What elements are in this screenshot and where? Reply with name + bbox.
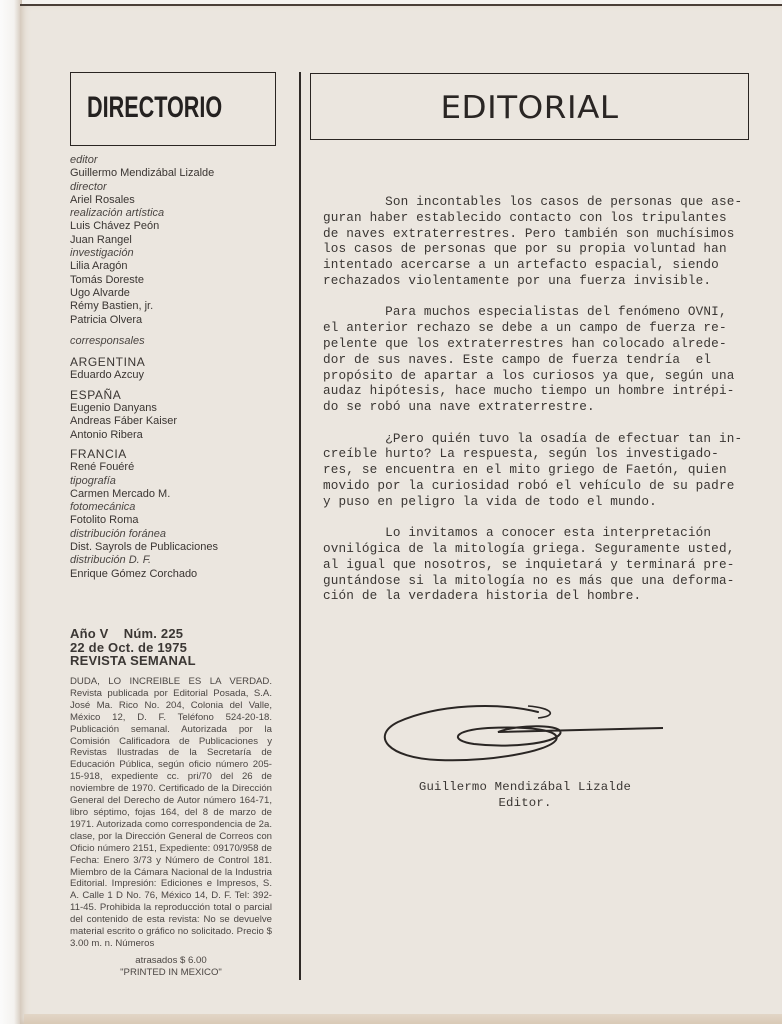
signer-name: Guillermo Mendizábal Lizalde: [360, 780, 690, 796]
role-label: fotomecánica: [70, 501, 280, 514]
editorial-body: Son incontables los casos de personas qu…: [323, 194, 743, 620]
staff-section: fotomecánica Fotolito Roma: [70, 501, 280, 528]
person-name: Carmen Mercado M.: [70, 488, 280, 501]
person-name: Andreas Fáber Kaiser: [70, 415, 280, 428]
legal-notice: DUDA, LO INCREIBLE ES LA VERDAD. Revista…: [70, 676, 272, 950]
editorial-paragraph: Para muchos especialistas del fenómeno O…: [323, 304, 743, 415]
page-bottom-edge: [24, 1014, 782, 1024]
back-issues-price: atrasados $ 6.00: [70, 955, 272, 967]
editorial-paragraph: Lo invitamos a conocer esta interpretaci…: [323, 525, 743, 604]
country-label: ESPAÑA: [70, 389, 280, 402]
person-name: Ariel Rosales: [70, 194, 280, 207]
role-label: distribución D. F.: [70, 554, 280, 567]
signer-title: Editor.: [360, 796, 690, 812]
staff-section: investigación Lilia Aragón Tomás Doreste…: [70, 247, 280, 327]
person-name: Eugenio Danyans: [70, 402, 280, 415]
editorial-paragraph: Son incontables los casos de personas qu…: [323, 194, 743, 289]
directory-header-box: DIRECTORIO: [70, 72, 276, 146]
editorial-title: EDITORIAL: [300, 90, 759, 126]
directory-title: DIRECTORIO: [87, 91, 222, 125]
person-name: Patricia Olvera: [70, 314, 280, 327]
editorial-paragraph: ¿Pero quién tuvo la osadía de efectuar t…: [323, 431, 743, 510]
person-name: René Fouéré: [70, 461, 280, 474]
role-label: tipografía: [70, 475, 280, 488]
person-name: Lilia Aragón: [70, 260, 280, 273]
person-name: Juan Rangel: [70, 234, 280, 247]
role-label: corresponsales: [70, 335, 280, 348]
scan-background: [0, 0, 22, 1024]
editorial-header-box: EDITORIAL: [310, 73, 749, 140]
issue-info: Año V Núm. 225 22 de Oct. de 1975 REVIST…: [70, 627, 280, 668]
role-label: investigación: [70, 247, 280, 260]
person-name: Ugo Alvarde: [70, 287, 280, 300]
signer-block: Guillermo Mendizábal Lizalde Editor.: [360, 780, 690, 811]
role-label: distribución foránea: [70, 528, 280, 541]
staff-section: director Ariel Rosales: [70, 181, 280, 208]
staff-section: distribución D. F. Enrique Gómez Corchad…: [70, 554, 280, 581]
correspondents-section: corresponsales ARGENTINA Eduardo Azcuy E…: [70, 335, 280, 475]
country-label: FRANCIA: [70, 448, 280, 461]
person-name: Antonio Ribera: [70, 429, 280, 442]
role-label: director: [70, 181, 280, 194]
person-name: Fotolito Roma: [70, 514, 280, 527]
person-name: Enrique Gómez Corchado: [70, 568, 280, 581]
printed-in-label: "PRINTED IN MEXICO": [70, 967, 272, 979]
person-name: Eduardo Azcuy: [70, 369, 280, 382]
staff-section: editor Guillermo Mendizábal Lizalde: [70, 154, 280, 181]
issue-frequency: REVISTA SEMANAL: [70, 654, 280, 668]
issue-year-number: Año V Núm. 225: [70, 627, 280, 641]
column-divider: [299, 72, 301, 980]
person-name: Guillermo Mendizábal Lizalde: [70, 167, 280, 180]
person-name: Dist. Sayrols de Publicaciones: [70, 541, 280, 554]
person-name: Luis Chávez Peón: [70, 220, 280, 233]
country-label: ARGENTINA: [70, 356, 280, 369]
staff-section: tipografía Carmen Mercado M.: [70, 475, 280, 502]
issue-date: 22 de Oct. de 1975: [70, 641, 280, 655]
role-label: realización artística: [70, 207, 280, 220]
signature-icon: [378, 700, 663, 770]
staff-section: distribución foránea Dist. Sayrols de Pu…: [70, 528, 280, 555]
directory-list: editor Guillermo Mendizábal Lizalde dire…: [70, 154, 280, 581]
person-name: Rémy Bastien, jr.: [70, 300, 280, 313]
role-label: editor: [70, 154, 280, 167]
person-name: Tomás Doreste: [70, 274, 280, 287]
staff-section: realización artística Luis Chávez Peón J…: [70, 207, 280, 247]
